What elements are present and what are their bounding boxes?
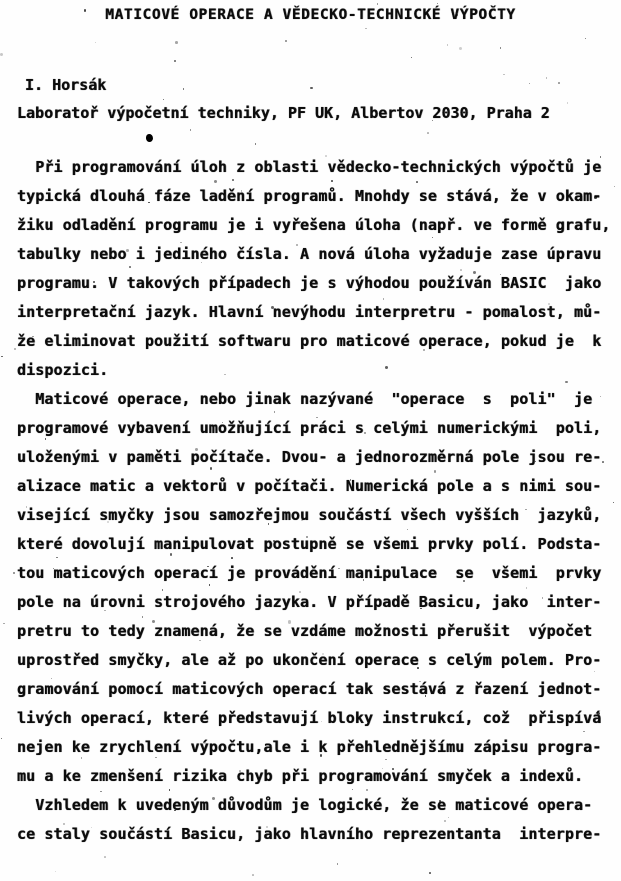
author-line: I. Horsák xyxy=(25,76,106,94)
noise-speck xyxy=(529,83,530,84)
text-line: visející smyčky jsou samozřejmou součást… xyxy=(17,501,613,530)
noise-speck xyxy=(613,502,614,503)
noise-speck xyxy=(183,88,185,90)
text-line: gramování pomocí maticových operací tak … xyxy=(17,675,613,704)
noise-speck xyxy=(0,53,3,56)
noise-speck xyxy=(55,871,56,872)
noise-speck xyxy=(174,60,175,61)
noise-speck xyxy=(285,40,287,42)
ink-blot xyxy=(146,134,153,142)
noise-speck xyxy=(1,356,3,358)
text-line: uprostřed smyčky, ale až po ukončení ope… xyxy=(17,646,613,675)
document-title: MATICOVÉ OPERACE A VĚDECKO-TECHNICKÉ VÝP… xyxy=(0,7,621,23)
noise-speck xyxy=(500,47,502,49)
text-line: tou maticových operací je provádění mani… xyxy=(17,559,613,588)
noise-speck xyxy=(14,348,16,350)
noise-speck xyxy=(175,41,178,44)
noise-speck xyxy=(459,47,462,50)
noise-speck xyxy=(377,3,379,5)
noise-speck xyxy=(558,82,560,84)
noise-speck xyxy=(104,856,106,858)
text-line: programové vybavení umožňující práci s c… xyxy=(17,414,613,443)
text-line: které dovolují manipulovat postupně se v… xyxy=(17,530,613,559)
noise-speck xyxy=(585,38,586,39)
noise-speck xyxy=(252,874,254,876)
text-line: pole na úrovni strojového jazyka. V příp… xyxy=(17,588,613,617)
text-line: pretru to tedy znamená, že se vzdáme mož… xyxy=(17,617,613,646)
noise-speck xyxy=(13,572,15,574)
text-line: livých operací, které představují bloky … xyxy=(17,704,613,733)
text-line: nejen ke zrychlení výpočtu,ale i k přehl… xyxy=(17,733,613,762)
body-text: Při programování úloh z oblasti vědecko-… xyxy=(17,153,613,849)
text-line: alizace matic a vektorů v počítači. Nume… xyxy=(17,472,613,501)
text-line: interpretační jazyk. Hlavní nevýhodu int… xyxy=(17,298,613,327)
text-line: typická dlouhá fáze ladění programů. Mno… xyxy=(17,182,613,211)
text-line: mu a ke zmenšení rizika chyb při program… xyxy=(17,762,613,791)
noise-speck xyxy=(503,74,504,75)
noise-speck xyxy=(3,623,4,624)
noise-speck xyxy=(411,57,412,58)
noise-speck xyxy=(1,738,2,739)
noise-speck xyxy=(427,132,429,134)
noise-speck xyxy=(255,143,256,144)
text-line: Vzhledem k uvedeným důvodům je logické, … xyxy=(17,791,613,820)
noise-speck xyxy=(337,863,338,864)
noise-speck xyxy=(163,99,165,101)
text-line: Maticové operace, nebo jinak nazývané "o… xyxy=(17,385,613,414)
noise-speck xyxy=(546,77,548,79)
text-line: ce staly součástí Basicu, jako hlavního … xyxy=(17,820,613,849)
affiliation-line: Laboratoř výpočetní techniky, PF UK, Alb… xyxy=(17,104,550,122)
noise-speck xyxy=(614,186,615,187)
noise-speck xyxy=(365,28,366,29)
noise-speck xyxy=(437,3,438,4)
noise-speck xyxy=(567,102,569,104)
noise-speck xyxy=(310,87,313,90)
scanned-document-page: MATICOVÉ OPERACE A VĚDECKO-TECHNICKÉ VÝP… xyxy=(0,0,621,881)
text-line: programu. V takových případech je s výho… xyxy=(17,269,613,298)
text-line: že eliminovat použití softwaru pro matic… xyxy=(17,327,613,356)
noise-speck xyxy=(447,44,448,45)
noise-speck xyxy=(429,872,431,874)
noise-speck xyxy=(95,42,96,43)
text-line: žiku odladění programu je i vyřešena úlo… xyxy=(17,211,613,240)
noise-speck xyxy=(190,129,191,130)
text-line: Při programování úloh z oblasti vědecko-… xyxy=(17,153,613,182)
text-line: tabulky nebo i jediného čísla. A nová úl… xyxy=(17,240,613,269)
text-line: uloženými v paměti počítače. Dvou- a jed… xyxy=(17,443,613,472)
text-line: dispozici. xyxy=(17,356,613,385)
